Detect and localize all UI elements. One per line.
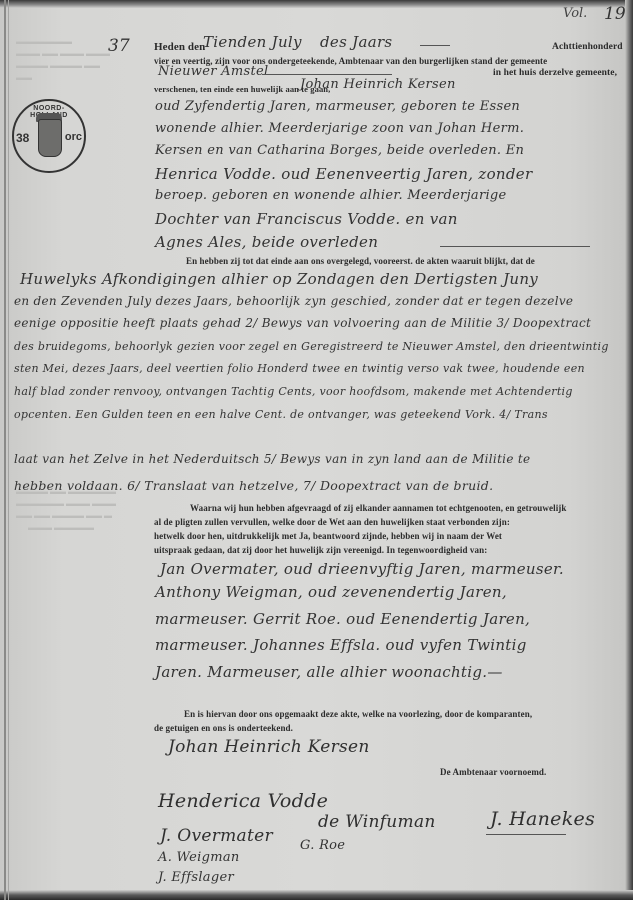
document-line: laat van het Zelve in het Nederduitsch 5… (14, 452, 530, 466)
folio-label: Vol. (563, 6, 587, 21)
page-bottom-edge (0, 890, 633, 900)
printed-vows-line: al de pligten zullen vervullen, welke do… (154, 517, 510, 527)
signature-witness-extra: de Winfuman (318, 812, 436, 832)
document-line: Huwelyks Afkondigingen alhier op Zondage… (20, 270, 538, 288)
printed-vows-line: Waarna wij hun hebben afgevraagd of zij … (190, 503, 567, 513)
document-line: eenige oppositie heeft plaats gehad 2/ B… (14, 316, 591, 330)
bleed-through-text: ▬▬▬▬▬▬▬▬▬▬ ▬▬ ▬▬▬ ▬▬▬▬▬▬▬ ▬▬▬▬ ▬▬ ▬▬ (16, 36, 116, 84)
page-right-edge (625, 0, 633, 900)
stamp-currency: orc (65, 131, 82, 143)
document-line: sten Mei, dezes Jaars, deel veertien fol… (14, 362, 585, 375)
witness-line: marmeuser. Johannes Effsla. oud vyfen Tw… (155, 636, 527, 654)
handwritten-year: des Jaars (320, 33, 392, 51)
page-top-edge (0, 0, 633, 8)
fill-line (440, 246, 590, 247)
printed-heden: Heden den (154, 41, 205, 53)
document-line: half blad zonder renvooy, ontvangen Tach… (14, 385, 573, 398)
party-line: Henrica Vodde. oud Eenenveertig Jaren, z… (155, 165, 532, 183)
signature-bride: Henderica Vodde (158, 790, 328, 812)
handwritten-municipality: Nieuwer Amstel (158, 64, 268, 79)
handwritten-date: Tienden July (203, 33, 302, 51)
party-line: Agnes Ales, beide overleden (155, 233, 378, 251)
document-line: hebben voldaan. 6/ Translaat van hetzelv… (14, 478, 493, 493)
printed-closing-line: de getuigen en ons is onderteekend. (154, 723, 293, 733)
margin-rule (4, 0, 6, 900)
revenue-stamp: NOORD-HOLLAND 38 orc (12, 99, 86, 173)
party-line: beroep. geboren en wonende alhier. Meerd… (155, 188, 507, 203)
printed-documents-intro: En hebben zij tot dat einde aan ons over… (186, 256, 535, 266)
witness-line: Jaren. Marmeuser, alle alhier woonachtig… (155, 663, 503, 681)
document-page: ▬▬▬▬▬▬▬▬▬▬ ▬▬ ▬▬▬ ▬▬▬▬▬▬▬ ▬▬▬▬ ▬▬ ▬▬ ▬▬▬… (0, 0, 633, 900)
printed-closing-line: En is hiervan door ons opgemaakt deze ak… (184, 709, 532, 719)
entry-number: 37 (108, 36, 130, 56)
witness-line: marmeuser. Gerrit Roe. oud Eenendertig J… (155, 610, 530, 628)
folio-number: 19 (604, 4, 626, 24)
document-line: des bruidegoms, behoorlyk gezien voor ze… (14, 340, 609, 353)
official-label: De Ambtenaar voornoemd. (440, 767, 546, 777)
signature-witness-1: J. Overmater (160, 826, 273, 846)
printed-line-3-end: in het huis derzelve gemeente, (493, 68, 617, 78)
bleed-through-text: ▬▬▬▬ ▬▬ ▬▬▬▬▬▬▬▬▬▬▬▬ ▬▬▬ ▬▬▬▬▬ ▬▬ ▬▬▬▬ ▬… (16, 486, 136, 534)
coat-of-arms-icon (38, 119, 62, 157)
stamp-value: 38 (16, 131, 29, 145)
party-line: Kersen en van Catharina Borges, beide ov… (155, 143, 524, 158)
party-line: wonende alhier. Meerderjarige zoon van J… (155, 121, 524, 136)
printed-vows-line: hetwelk door hen, uitdrukkelijk met Ja, … (154, 531, 502, 541)
signature-underline (486, 834, 566, 835)
signature-groom: Johan Heinrich Kersen (168, 737, 370, 757)
document-line: opcenten. Een Gulden teen en een halve C… (14, 408, 548, 421)
signature-official: J. Hanekes (490, 808, 595, 830)
fill-line (420, 45, 450, 46)
witness-line: Anthony Weigman, oud zevenendertig Jaren… (155, 583, 507, 601)
signature-witness-3: G. Roe (300, 838, 345, 853)
party-line: Johan Heinrich Kersen (300, 77, 456, 92)
fill-line (262, 74, 392, 75)
document-line: en den Zevenden July dezes Jaars, behoor… (14, 294, 573, 308)
witness-line: Jan Overmater, oud drieenvyftig Jaren, m… (160, 560, 564, 578)
margin-rule-inner (8, 0, 9, 900)
printed-year-end: Achttienhonderd (552, 42, 623, 52)
signature-witness-4: J. Effslager (158, 870, 234, 885)
party-line: oud Zyfendertig Jaren, marmeuser, gebore… (155, 99, 520, 114)
signature-witness-2: A. Weigman (158, 850, 240, 865)
party-line: Dochter van Franciscus Vodde. en van (155, 210, 458, 228)
printed-vows-line: uitspraak gedaan, dat zij door het huwel… (154, 545, 487, 555)
